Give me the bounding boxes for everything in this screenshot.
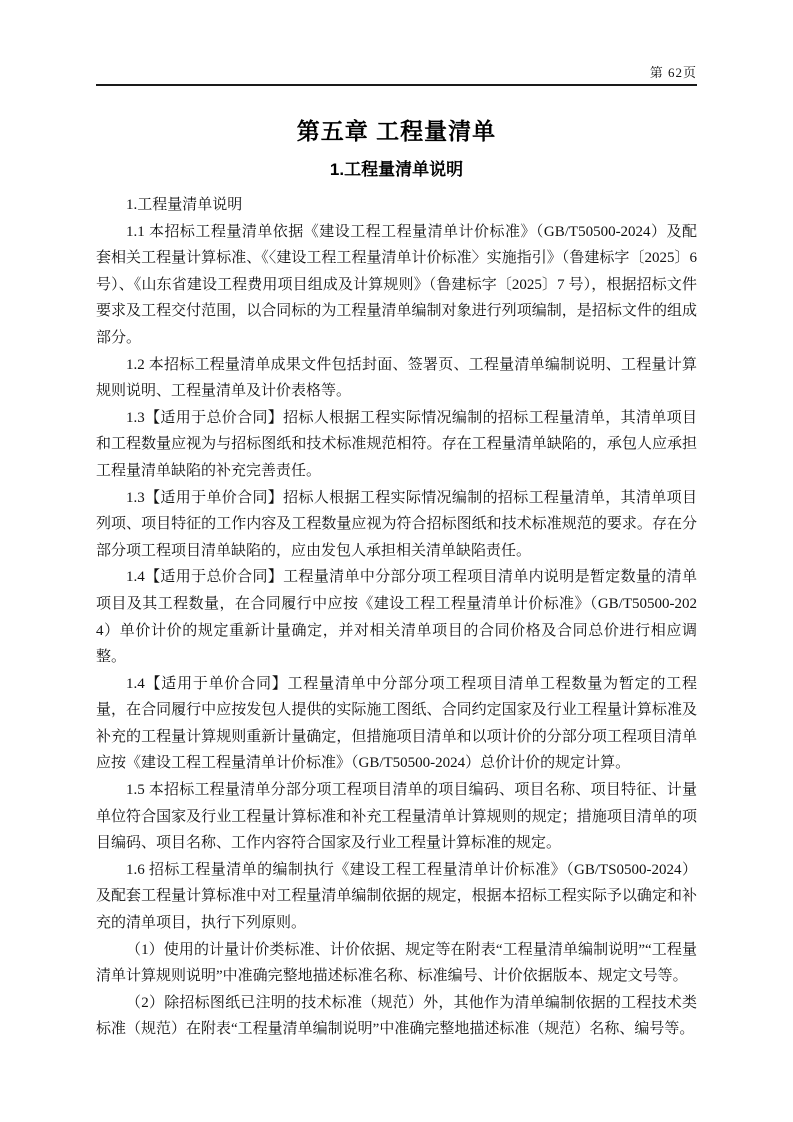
page-number: 第 62页 bbox=[650, 65, 697, 84]
body-text: 1.工程量清单说明 1.1 本招标工程量清单依据《建设工程工程量清单计价标准》（… bbox=[96, 192, 697, 1043]
section-title: 1.工程量清单说明 bbox=[96, 159, 697, 181]
paragraph-1-4-unit-price: 1.4【适用于单价合同】工程量清单中分部分项工程项目清单工程数量为暂定的工程量，… bbox=[96, 671, 697, 777]
paragraph-1-1: 1.1 本招标工程量清单依据《建设工程工程量清单计价标准》（GB/T50500-… bbox=[96, 219, 697, 352]
paragraph-principle-2: （2）除招标图纸已注明的技术标准（规范）外，其他作为清单编制依据的工程技术类标准… bbox=[96, 990, 697, 1043]
paragraph-1-3-lump-sum: 1.3【适用于总价合同】招标人根据工程实际情况编制的招标工程量清单，其清单项目和… bbox=[96, 405, 697, 485]
paragraph-section-heading: 1.工程量清单说明 bbox=[96, 192, 697, 219]
document-page: 第 62页 第五章 工程量清单 1.工程量清单说明 1.工程量清单说明 1.1 … bbox=[0, 0, 793, 1122]
paragraph-1-3-unit-price: 1.3【适用于单价合同】招标人根据工程实际情况编制的招标工程量清单，其清单项目列… bbox=[96, 485, 697, 565]
page-header: 第 62页 bbox=[96, 0, 697, 86]
paragraph-principle-1: （1）使用的计量计价类标准、计价依据、规定等在附表“工程量清单编制说明”“工程量… bbox=[96, 937, 697, 990]
paragraph-1-5: 1.5 本招标工程量清单分部分项工程项目清单的项目编码、项目名称、项目特征、计量… bbox=[96, 777, 697, 857]
paragraph-1-4-lump-sum: 1.4【适用于总价合同】工程量清单中分部分项工程项目清单内说明是暂定数量的清单项… bbox=[96, 564, 697, 670]
paragraph-1-6: 1.6 招标工程量清单的编制执行《建设工程工程量清单计价标准》（GB/TS050… bbox=[96, 857, 697, 937]
chapter-title: 第五章 工程量清单 bbox=[96, 116, 697, 146]
paragraph-1-2: 1.2 本招标工程量清单成果文件包括封面、签署页、工程量清单编制说明、工程量计算… bbox=[96, 352, 697, 405]
document-content: 第五章 工程量清单 1.工程量清单说明 1.工程量清单说明 1.1 本招标工程量… bbox=[96, 86, 697, 1043]
